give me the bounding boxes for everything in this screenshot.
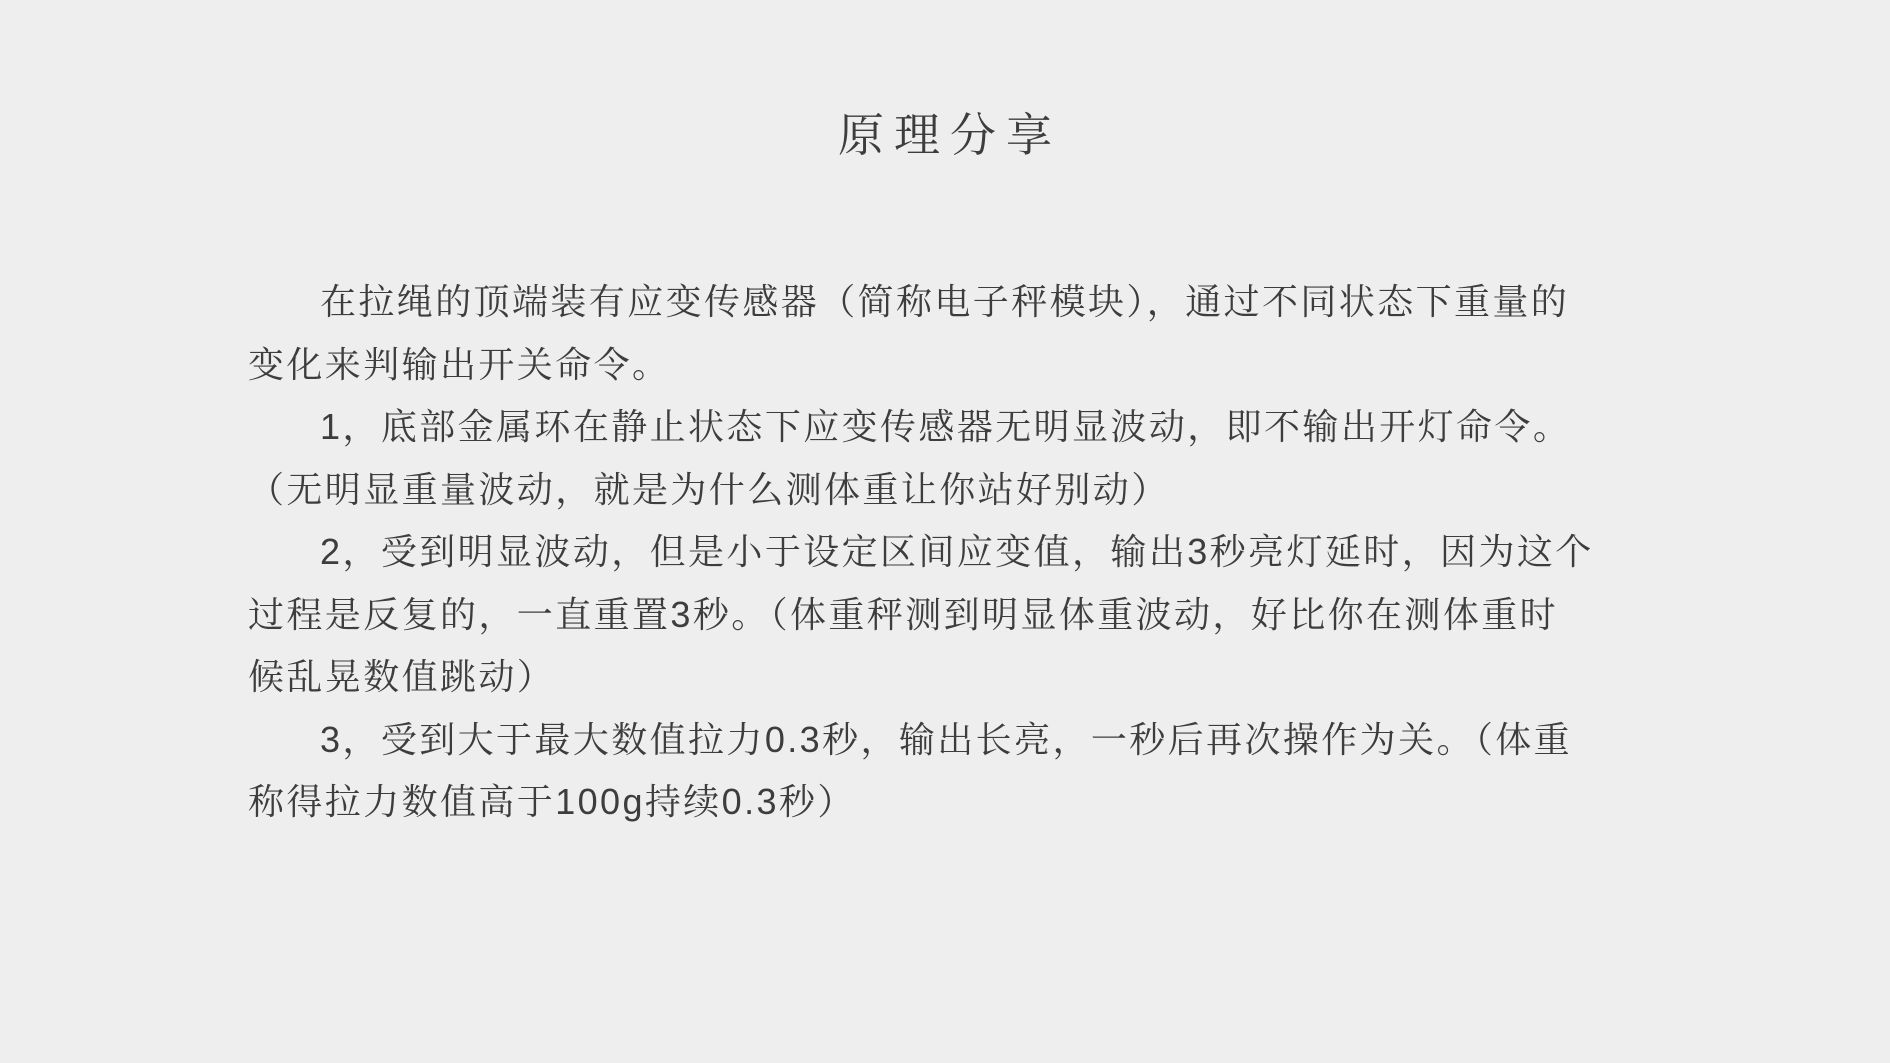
text-line: （无明显重量波动，就是为什么测体重让你站好别动） (248, 459, 1642, 522)
paragraph-intro: 在拉绳的顶端装有应变传感器（简称电子秤模块），通过不同状态下重量的 变化来判输出… (248, 271, 1642, 396)
document-body: 在拉绳的顶端装有应变传感器（简称电子秤模块），通过不同状态下重量的 变化来判输出… (248, 271, 1642, 834)
text-line: 在拉绳的顶端装有应变传感器（简称电子秤模块），通过不同状态下重量的 (248, 271, 1642, 334)
text-line: 称得拉力数值高于100g持续0.3秒） (248, 771, 1642, 834)
text-line: 过程是反复的，一直重置3秒。（体重秤测到明显体重波动，好比你在测体重时 (248, 584, 1642, 647)
paragraph-rule-2: 2，受到明显波动，但是小于设定区间应变值，输出3秒亮灯延时，因为这个 过程是反复… (248, 521, 1642, 709)
paragraph-rule-3: 3，受到大于最大数值拉力0.3秒，输出长亮，一秒后再次操作为关。（体重 称得拉力… (248, 709, 1642, 834)
text-line: 候乱晃数值跳动） (248, 646, 1642, 709)
text-line: 1，底部金属环在静止状态下应变传感器无明显波动，即不输出开灯命令。 (248, 396, 1642, 459)
text-line: 2，受到明显波动，但是小于设定区间应变值，输出3秒亮灯延时，因为这个 (248, 521, 1642, 584)
text-line: 3，受到大于最大数值拉力0.3秒，输出长亮，一秒后再次操作为关。（体重 (248, 709, 1642, 772)
text-line: 变化来判输出开关命令。 (248, 334, 1642, 397)
page-title: 原理分享 (0, 0, 1890, 158)
document-page: 原理分享 在拉绳的顶端装有应变传感器（简称电子秤模块），通过不同状态下重量的 变… (0, 0, 1890, 1063)
paragraph-rule-1: 1，底部金属环在静止状态下应变传感器无明显波动，即不输出开灯命令。 （无明显重量… (248, 396, 1642, 521)
